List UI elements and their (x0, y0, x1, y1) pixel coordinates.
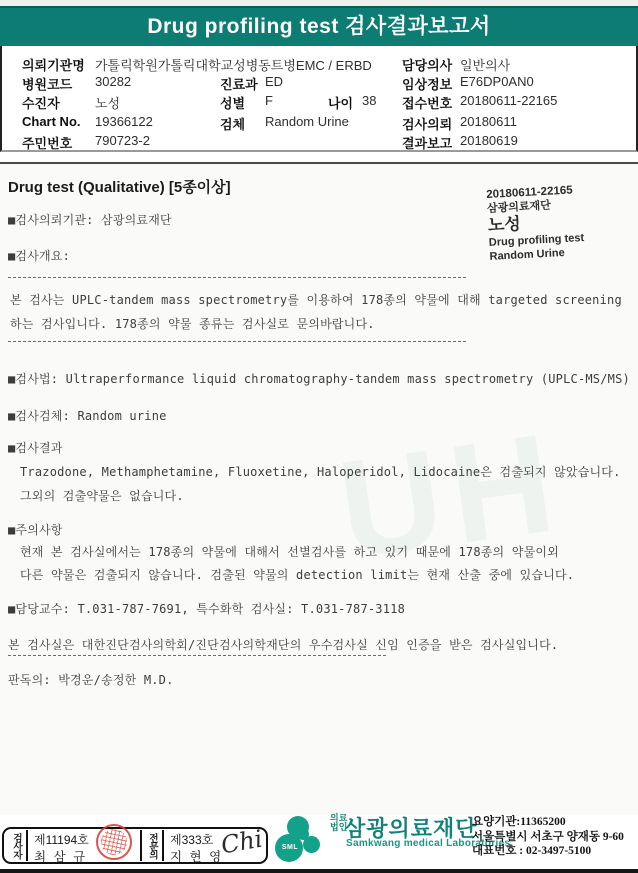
report-line-result-header: ■검사결과 (8, 439, 63, 456)
label-resident-no: 주민번호 (22, 133, 72, 152)
examiner-seal (96, 824, 132, 860)
report-line-requesting-org: ■검사의뢰기관: 삼광의료재단 (8, 211, 172, 228)
report-line-result-1: Trazodone, Methamphetamine, Fluoxetine, … (20, 463, 621, 480)
label-patient: 수진자 (22, 93, 60, 112)
value-chart-no: 19366122 (95, 114, 153, 129)
report-line-caution-header: ■주의사항 (8, 521, 63, 538)
contact-phone: 대표번호 : 02-3497-5100 (472, 844, 636, 859)
contact-care-org: 요양기관:11365200 (472, 815, 636, 830)
value-requesting-org: 가톨릭학원가톨릭대학교성병동트병EMC / ERBD (95, 55, 372, 74)
value-test-requested: 20180611 (460, 114, 517, 129)
receipt-stamp-block: 20180611-22165 삼광의료재단 노성 Drug profiling … (486, 183, 585, 264)
logo-sml-text: SML (278, 844, 302, 851)
label-test-requested: 검사의뢰 (402, 114, 452, 133)
value-clinical-info: E76DP0AN0 (460, 74, 534, 89)
drug-profiling-report-page: Drug profiling test 검사결과보고서 의뢰기관명 가톨릭학원가… (0, 0, 638, 873)
label-receipt-no: 접수번호 (402, 93, 452, 112)
label-clinical-info: 임상정보 (402, 74, 452, 93)
dashed-divider-2 (8, 341, 468, 342)
label-sex: 성별 (220, 93, 245, 112)
dashed-divider-3 (8, 655, 388, 656)
report-line-overview-header: ■검사개요: (8, 247, 70, 264)
examiner-role-label: 검사자 (6, 830, 28, 861)
label-requesting-org: 의뢰기관명 (22, 55, 85, 74)
label-age: 나이 (328, 93, 353, 112)
label-hospital-code: 병원코드 (22, 74, 72, 93)
value-sex: F (265, 93, 273, 108)
value-resident-no: 790723-2 (95, 133, 150, 148)
report-title-bar: Drug profiling test 검사결과보고서 (0, 6, 638, 46)
value-patient: 노성 (95, 93, 120, 112)
report-line-overview-2: 하는 검사입니다. 178종의 약물 종류는 검사실로 문의바랍니다. (10, 315, 375, 332)
test-section-title: Drug test (Qualitative) [5종이상] (8, 176, 231, 197)
lab-contact-block: 요양기관:11365200 서울특별시 서초구 양재동 9-60 대표번호 : … (472, 815, 636, 859)
label-doctor: 담당의사 (402, 55, 452, 74)
report-line-accreditation: 본 검사실은 대한진단검사의학회/진단검사의학재단의 우수검사실 신임 인증을 … (8, 636, 558, 653)
value-specimen: Random Urine (265, 114, 349, 129)
report-title: Drug profiling test 검사결과보고서 (147, 8, 490, 46)
seal-texture (99, 827, 130, 858)
report-line-overview-1: 본 검사는 UPLC-tandem mass spectrometry를 이용하… (10, 291, 622, 308)
logo-circle-center (297, 828, 309, 840)
examiner-cert-no: 제11194호 (34, 831, 89, 848)
specialist-role-label: 전문의 (140, 830, 164, 861)
report-line-caution-2: 다른 약물은 검출되지 않습니다. 검출된 약물의 detection limi… (20, 566, 574, 583)
examiner-name: 최 삼 규 (34, 847, 87, 865)
bottom-border-line (0, 869, 638, 873)
report-line-caution-1: 현재 본 검사실에서는 178종의 약물에 대해서 선별검사를 하고 있기 때문… (20, 543, 559, 560)
value-age: 38 (362, 93, 376, 108)
dashed-divider-1 (8, 277, 468, 278)
specialist-name: 지 현 영 (170, 847, 223, 865)
value-hospital-code: 30282 (95, 74, 131, 89)
report-line-professor-contact: ■담당교수: T.031-787-7691, 특수화학 검사실: T.031-7… (8, 600, 405, 617)
label-chart-no: Chart No. (22, 114, 81, 129)
label-specimen: 검체 (220, 114, 245, 133)
label-department: 진료과 (220, 74, 258, 93)
value-receipt-no: 20180611-22165 (460, 93, 557, 108)
label-result-reported: 결과보고 (402, 133, 452, 152)
report-line-result-2: 그외의 검출약물은 없습니다. (20, 487, 184, 504)
value-result-reported: 20180619 (460, 133, 518, 148)
specialist-cert-no: 제333호 (170, 831, 213, 848)
value-department: ED (265, 74, 283, 89)
report-line-method: ■검사법: Ultraperformance liquid chromatogr… (8, 370, 630, 387)
sml-logo: SML (273, 816, 329, 870)
patient-info-section: 의뢰기관명 가톨릭학원가톨릭대학교성병동트병EMC / ERBD 병원코드 30… (0, 46, 638, 152)
report-line-specimen: ■검사검체: Random urine (8, 407, 167, 424)
contact-address: 서울특별시 서초구 양재동 9-60 (472, 830, 636, 845)
value-doctor: 일반의사 (460, 55, 510, 74)
report-line-reading-doctor: 판독의: 박경운/송정한 M.D. (8, 671, 174, 688)
